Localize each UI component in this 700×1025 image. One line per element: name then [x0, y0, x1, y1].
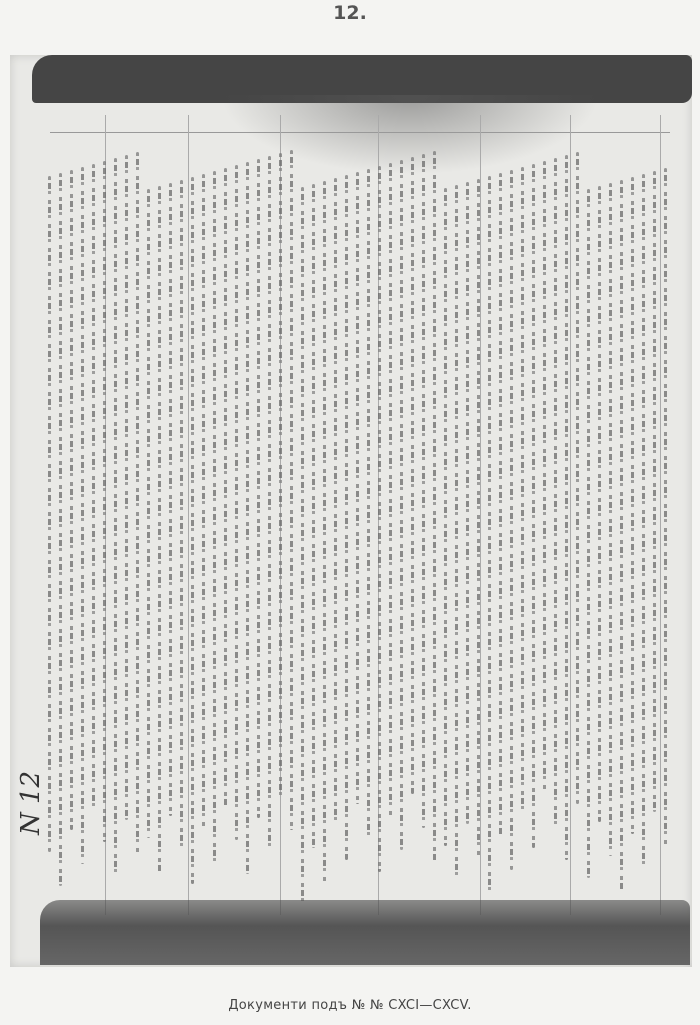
- page-number: 12.: [0, 2, 700, 24]
- handwriting-line: [268, 156, 271, 852]
- handwriting-line: [279, 153, 282, 796]
- handwriting-line: [290, 150, 293, 830]
- handwriting-line: [136, 152, 139, 854]
- handwriting-line: [114, 158, 117, 876]
- handwriting-line: [191, 177, 194, 884]
- handwriting-line: [235, 165, 238, 840]
- handwriting-line: [499, 173, 502, 836]
- handwriting-line: [103, 161, 106, 842]
- handwriting-line: [477, 179, 480, 858]
- handwriting-line: [598, 186, 601, 822]
- handwriting-line: [169, 183, 172, 816]
- handwriting-line: [543, 161, 546, 792]
- handwriting-line: [642, 174, 645, 868]
- handwriting-line: [92, 164, 95, 808]
- handwriting-line: [213, 171, 216, 862]
- handwriting-line: [70, 170, 73, 830]
- handwriting-line: [653, 171, 656, 812]
- handwriting-line: [422, 154, 425, 828]
- column-rule: [480, 115, 481, 915]
- handwriting-line: [224, 168, 227, 806]
- handwriting-line: [521, 167, 524, 814]
- handwriting-line: [312, 184, 315, 848]
- handwriting-line: [147, 189, 150, 838]
- handwriting-line: [48, 176, 51, 852]
- handwriting-line: [356, 172, 359, 804]
- column-rule: [188, 115, 189, 915]
- handwriting-line: [334, 178, 337, 826]
- handwriting-line: [620, 180, 623, 890]
- handwriting-line: [576, 152, 579, 804]
- handwriting-line: [378, 166, 381, 872]
- handwriting-line: [433, 151, 436, 862]
- handwriting-line: [367, 169, 370, 838]
- archive-mark: N 12: [16, 771, 46, 835]
- handwriting-line: [345, 175, 348, 860]
- handwriting-line: [565, 155, 568, 860]
- handwriting-line: [246, 162, 249, 874]
- handwriting-line: [400, 160, 403, 850]
- handwriting-line: [510, 170, 513, 870]
- column-rule: [660, 115, 661, 915]
- handwriting-line: [158, 186, 161, 872]
- handwriting-line: [532, 164, 535, 848]
- bottom-dark-band: [40, 900, 690, 965]
- handwriting-line: [59, 173, 62, 886]
- handwriting-line: [257, 159, 260, 818]
- horizontal-rule: [50, 132, 670, 133]
- handwriting-line: [81, 167, 84, 864]
- handwriting-line: [466, 182, 469, 824]
- handwriting-line: [323, 181, 326, 882]
- handwriting-line: [389, 163, 392, 816]
- plate-caption: Документи подъ № № CXCI—CXCV.: [0, 998, 700, 1013]
- handwriting-line: [301, 187, 304, 904]
- handwriting-line: [125, 155, 128, 820]
- handwriting-line: [180, 180, 183, 850]
- handwriting-line: [554, 158, 557, 826]
- handwriting-line: [202, 174, 205, 828]
- handwriting-line: [664, 168, 667, 846]
- manuscript-photo: N 12: [10, 55, 692, 967]
- handwriting-line: [444, 188, 447, 846]
- handwriting-line: [587, 189, 590, 878]
- handwriting-line: [631, 177, 634, 834]
- handwriting-line: [488, 176, 491, 892]
- handwriting-line: [411, 157, 414, 794]
- column-rule: [570, 115, 571, 915]
- handwriting-line: [609, 183, 612, 856]
- handwriting-line: [455, 185, 458, 880]
